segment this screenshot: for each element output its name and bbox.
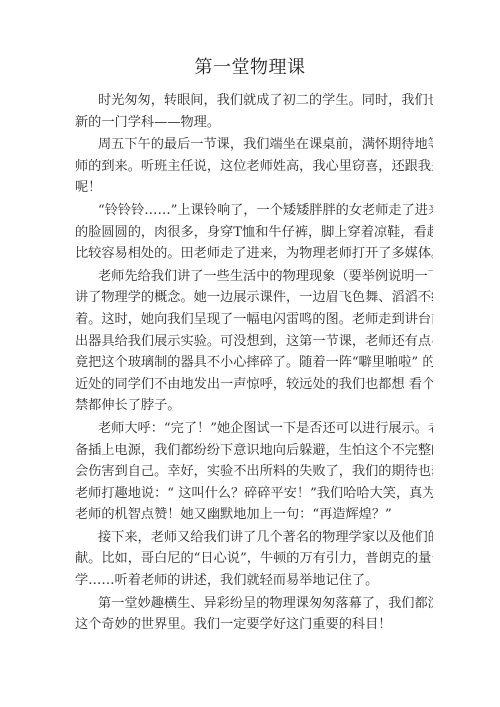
text-line: 第一堂妙趣横生、异彩纷呈的物理课匆匆落幕了，我们都沉浸在 了 (75, 593, 433, 615)
text-line: 老师大呼：“完了！”她企图试一下是否还可以进行展示。老师准 (75, 418, 433, 440)
text-line: 周五下午的最后一节课，我们端坐在课桌前，满怀期待地等物理 老 (75, 134, 433, 156)
text-line: 这个奇妙的世界里。我们一定要学好这门重要的科目！ (75, 614, 433, 636)
text-line: 近处的同学们不由地发出一声惊呼，较远处的我们也都想 看个究竟，不 (75, 374, 433, 396)
paragraph-6: 接下来，老师又给我们讲了几个著名的物理学家以及他们的突出 贡 献。比如，哥白尼的… (75, 527, 433, 592)
text-line: 竟把这个玻璃制的器具不小心摔碎了。随着一阵“噼里啪啦” 的破碎声 (75, 352, 433, 374)
paragraph-5: 老师大呼：“完了！”她企图试一下是否还可以进行展示。老师准 备插上电源，我们都纷… (75, 418, 433, 526)
text-line: 讲了物理学的概念。她一边展示课件，一边眉飞色舞、滔滔不绝地 讲解 (75, 287, 433, 309)
document-title: 第一堂物理课 (0, 56, 500, 80)
text-line: 老师先给我们讲了一些生活中的物理现象（要举例说明一下）， 又 (75, 266, 433, 288)
text-line: 献。比如，哥白尼的“日心说”，牛顿的万有引力，普朗克的量子 力 (75, 548, 433, 570)
text-line: 着。这时，她向我们呈现了一幅电闪雷鸣的图。老师走到讲台前， 想拿 (75, 309, 433, 331)
document-page: 第一堂物理课 时光匆匆，转眼间，我们就成了初二的学生。同时，我们也迎来 了 新的… (0, 0, 500, 707)
document-body: 时光匆匆，转眼间，我们就成了初二的学生。同时，我们也迎来 了 新的一门学科——物… (75, 90, 433, 637)
paragraph-3: “铃铃铃……”上课铃响了，一个矮矮胖胖的女老师走了进来， 她 的脸圆圆的，肉很多… (75, 200, 433, 265)
text-line: 老师的机智点赞！她又幽默地加上一句：“再造辉煌？” (75, 504, 433, 526)
text-line: 老师打趣地说：“ 这叫什么？碎碎平安！”我们哈哈大笑，真为 物理 (75, 483, 433, 505)
text-line: 师的到来。听班主任说，这位老师姓高，我心里窃喜，还跟我是一 个姓 (75, 156, 433, 178)
text-line: 呢！ (75, 177, 433, 199)
paragraph-4: 老师先给我们讲了一些生活中的物理现象（要举例说明一下）， 又 讲了物理学的概念。… (75, 266, 433, 417)
text-line: 接下来，老师又给我们讲了几个著名的物理学家以及他们的突出 贡 (75, 527, 433, 549)
text-line: 学……听着老师的讲述，我们就轻而易举地记住了。 (75, 570, 433, 592)
paragraph-2: 周五下午的最后一节课，我们端坐在课桌前，满怀期待地等物理 老 师的到来。听班主任… (75, 134, 433, 199)
paragraph-7: 第一堂妙趣横生、异彩纷呈的物理课匆匆落幕了，我们都沉浸在 了 这个奇妙的世界里。… (75, 593, 433, 636)
text-line: 时光匆匆，转眼间，我们就成了初二的学生。同时，我们也迎来 了 (75, 90, 433, 112)
text-line: 的脸圆圆的，肉很多，身穿T恤和牛仔裤，脚上穿着凉鞋，看起来 还是 (75, 222, 433, 244)
text-line: 新的一门学科——物理。 (75, 112, 433, 134)
text-line: “铃铃铃……”上课铃响了，一个矮矮胖胖的女老师走了进来， 她 (75, 200, 433, 222)
text-line: 比较容易相处的。田老师走了进来，为物理老师打开了多媒体。 (75, 243, 433, 265)
text-line: 禁都伸长了脖子。 (75, 395, 433, 417)
text-line: 会伤害到自己。幸好，实验不出所料的失败了，我们的期待也落空 了。 (75, 461, 433, 483)
text-line: 备插上电源，我们都纷纷下意识地向后躲避，生怕这个不完整的玩意 儿 (75, 440, 433, 462)
text-line: 出器具给我们展示实验。可没想到，这第一节课，老师还有点小 紧张， (75, 331, 433, 353)
paragraph-1: 时光匆匆，转眼间，我们就成了初二的学生。同时，我们也迎来 了 新的一门学科——物… (75, 90, 433, 133)
